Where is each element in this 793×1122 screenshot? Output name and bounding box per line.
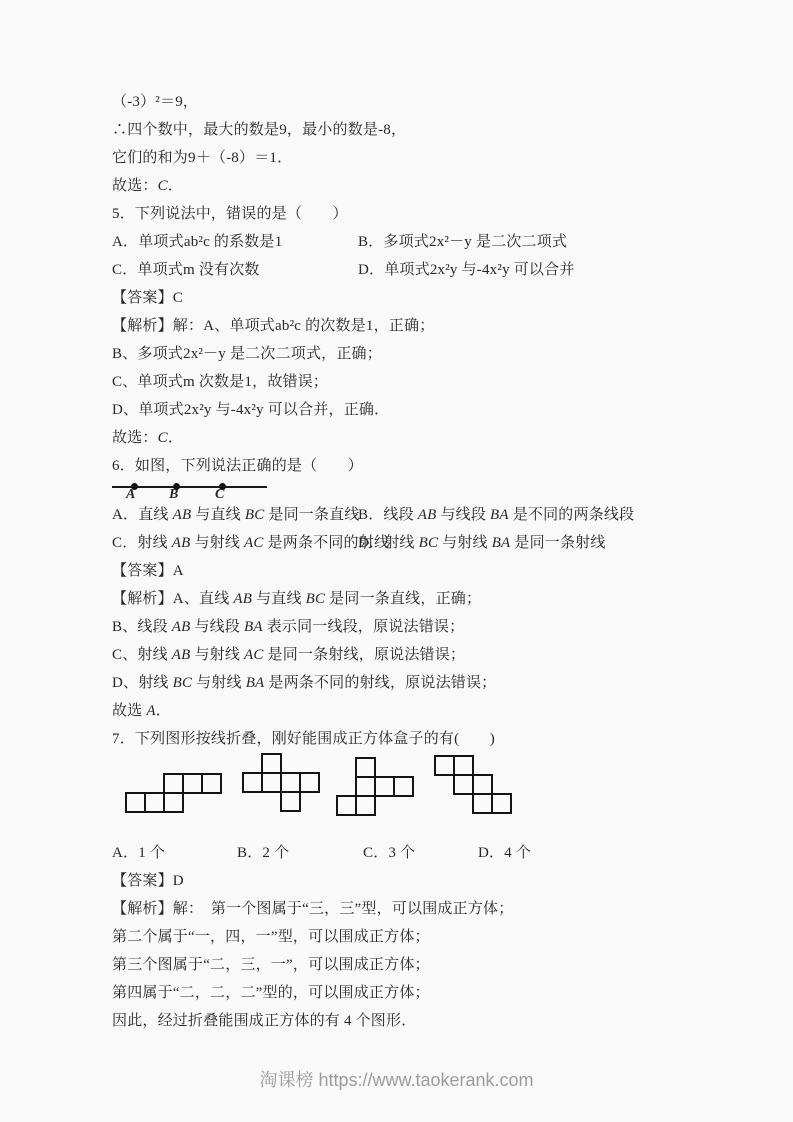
net-square [453,755,474,776]
text-run: 6．如图，下列说法正确的是（ ） [112,458,363,474]
text-run: 是同一条直线 [264,507,359,523]
text-run: D．4 个 [478,845,531,861]
text-run: 是两条不同的射线，原说法错误； [264,675,496,691]
net-square [261,753,282,774]
text-run: B．线段 [358,507,418,523]
text-run: 因此，经过折叠能围成正方体的有 4 个图形． [112,1013,416,1029]
net-square [163,792,184,813]
text-run: A．直线 [112,507,173,523]
q5-option-b: B．多项式2x²－y 是二次二项式 [358,228,567,256]
math-symbol: AB [172,619,191,635]
text-run: ∴四个数中，最大的数是9，最小的数是-8， [112,122,406,138]
text-run: B、线段 [112,619,172,635]
math-symbol: BC [306,591,326,607]
q5-answer: 【答案】C [112,284,732,312]
text-run: C．3 个 [363,845,415,861]
question-5-stem: 5．下列说法中，错误的是（ ） [112,200,732,228]
q5-option-a: A．单项式ab²c 的系数是1 [112,228,358,256]
math-symbol: AB [233,591,252,607]
text-run: 与射线 [191,535,245,551]
q6-analysis-line: B、线段 AB 与线段 BA 表示同一线段，原说法错误； [112,613,732,641]
q7-option-b: B．2 个 [237,839,363,867]
text-run: ． [156,703,171,719]
q6-option-b: B．线段 AB 与线段 BA 是不同的两条线段 [358,501,634,529]
net-square [355,776,376,797]
text-run: 7．下列图形按线折叠，刚好能围成正方体盒子的有( ) [112,731,495,747]
text-run: B．多项式2x²－y 是二次二项式 [358,234,567,250]
q4-solution-line: （-3）²＝9， [112,88,732,116]
text-run: 是同一条射线，原说法错误； [264,647,466,663]
net-square [336,795,357,816]
point-c-label: C [215,487,224,503]
text-run: C、射线 [112,647,172,663]
text-run: 【解析】解： 第一个图属于“三，三”型，可以围成正方体； [112,901,513,917]
text-run: 与射线 [438,535,492,551]
text-run: C．单项式m 没有次数 [112,262,260,278]
text-run: A．1 个 [112,845,165,861]
q4-solution-line: ∴四个数中，最大的数是9，最小的数是-8， [112,116,732,144]
math-symbol: AB [418,507,437,523]
math-symbol: BA [490,507,509,523]
text-run: C、单项式m 次数是1，故错误； [112,374,328,390]
text-run: 故选 [112,703,146,719]
text-run: 第三个图属于“二，三，一”，可以围成正方体； [112,957,430,973]
math-symbol: AC [244,535,264,551]
text-run: 故选： [112,430,158,446]
math-symbol: A [146,703,155,719]
q6-answer: 【答案】A [112,557,732,585]
text-run: 【答案】C [112,290,183,306]
text-run: 是不同的两条线段 [509,507,635,523]
text-run: 5．下列说法中，错误的是（ ） [112,206,348,222]
text-run: 与直线 [252,591,306,607]
text-run: 故选： [112,178,158,194]
q7-option-d: D．4 个 [478,839,531,867]
q7-options-row: A．1 个B．2 个C．3 个D．4 个 [112,839,732,867]
text-run: C．射线 [112,535,172,551]
q7-analysis-line: 第四属于“二，二，二”型的，可以围成正方体； [112,979,732,1007]
text-run: 与射线 [191,647,245,663]
q7-analysis-line: 第三个图属于“二，三，一”，可以围成正方体； [112,951,732,979]
math-symbol: BC [173,675,193,691]
q5-option-c: C．单项式m 没有次数 [112,256,358,284]
q5-options-row-cd: C．单项式m 没有次数D．单项式2x²y 与-4x²y 可以合并 [112,256,732,284]
q7-analysis-line: 【解析】解： 第一个图属于“三，三”型，可以围成正方体； [112,895,732,923]
net-square [163,773,184,794]
point-a-label: A [126,487,135,503]
question-7-stem: 7．下列图形按线折叠，刚好能围成正方体盒子的有( ) [112,725,732,753]
document-content: （-3）²＝9， ∴四个数中，最大的数是9，最小的数是-8， 它们的和为9＋（-… [112,88,732,1035]
q6-analysis-line: 【解析】A、直线 AB 与直线 BC 是同一条直线，正确； [112,585,732,613]
text-run: 第四属于“二，二，二”型的，可以围成正方体； [112,985,430,1001]
net-square [280,772,301,793]
net-square [355,757,376,778]
net-square [434,755,455,776]
text-run: 与射线 [192,675,246,691]
math-symbol: BC [245,507,265,523]
math-symbol: C [158,430,168,446]
text-run: 是同一条射线 [510,535,605,551]
net-square [299,772,320,793]
q7-analysis-line: 第二个属于“一，四，一”型，可以围成正方体； [112,923,732,951]
q4-solution-line: 它们的和为9＋（-8）＝1． [112,144,732,172]
point-b-label: B [169,487,178,503]
q7-option-c: C．3 个 [363,839,478,867]
q7-cube-net-figures [112,753,732,839]
net-square [182,773,203,794]
math-symbol: AB [172,647,191,663]
q6-line-figure: A B C [112,480,732,501]
math-symbol: BC [419,535,439,551]
q4-answer-choice-line: 故选：C． [112,172,732,200]
net-square [280,791,301,812]
q7-option-a: A．1 个 [112,839,237,867]
q5-analysis-line: D、单项式2x²y 与-4x²y 可以合并，正确． [112,396,732,424]
q5-analysis-line: 故选：C． [112,424,732,452]
q5-options-row-ab: A．单项式ab²c 的系数是1B．多项式2x²－y 是二次二项式 [112,228,732,256]
net-square [144,792,165,813]
net-square [453,774,474,795]
math-symbol: AC [244,647,264,663]
text-run: 与线段 [437,507,491,523]
question-6-stem: 6．如图，下列说法正确的是（ ） [112,452,732,480]
text-run: D、单项式2x²y 与-4x²y 可以合并，正确． [112,402,389,418]
text-run: 与直线 [191,507,245,523]
q5-analysis-line: 【解析】解：A、单项式ab²c 的次数是1，正确； [112,312,732,340]
q5-option-d: D．单项式2x²y 与-4x²y 可以合并 [358,256,575,284]
q6-options-row-cd: C．射线 AB 与射线 AC 是两条不同的射线D．射线 BC 与射线 BA 是同… [112,529,732,557]
text-run: 【答案】A [112,563,184,579]
text-run: B、多项式2x²－y 是二次二项式，正确； [112,346,382,362]
q7-analysis-line: 因此，经过折叠能围成正方体的有 4 个图形． [112,1007,732,1035]
math-symbol: BA [244,619,263,635]
text-run: ． [168,178,183,194]
math-symbol: AB [173,507,192,523]
net-square [355,795,376,816]
q6-analysis-line: D、射线 BC 与射线 BA 是两条不同的射线，原说法错误； [112,669,732,697]
q6-option-d: D．射线 BC 与射线 BA 是同一条射线 [358,529,606,557]
text-run: D．单项式2x²y 与-4x²y 可以合并 [358,262,575,278]
net-square [393,776,414,797]
text-run: A．单项式ab²c 的系数是1 [112,234,282,250]
q6-option-a: A．直线 AB 与直线 BC 是同一条直线 [112,501,358,529]
q6-options-row-ab: A．直线 AB 与直线 BC 是同一条直线B．线段 AB 与线段 BA 是不同的… [112,501,732,529]
net-square [242,772,263,793]
text-run: 它们的和为9＋（-8）＝1． [112,150,292,166]
site-watermark: 淘课榜 https://www.taokerank.com [0,1066,793,1092]
net-square [472,774,493,795]
math-symbol: C [158,178,168,194]
text-run: D．射线 [358,535,419,551]
q6-analysis-line: C、射线 AB 与射线 AC 是同一条射线，原说法错误； [112,641,732,669]
text-run: 【解析】A、直线 [112,591,233,607]
text-run: （-3）²＝9， [112,94,198,110]
text-run: 【答案】D [112,873,184,889]
q5-analysis-line: C、单项式m 次数是1，故错误； [112,368,732,396]
math-symbol: BA [246,675,265,691]
q7-answer: 【答案】D [112,867,732,895]
text-run: ． [168,430,183,446]
q6-analysis-line: 故选 A． [112,697,732,725]
text-run: 与线段 [191,619,245,635]
net-square [491,793,512,814]
text-run: 是同一条直线，正确； [325,591,481,607]
q6-option-c: C．射线 AB 与射线 AC 是两条不同的射线 [112,529,358,557]
net-square [472,793,493,814]
net-square [201,773,222,794]
text-run: D、射线 [112,675,173,691]
math-symbol: BA [492,535,511,551]
net-square [374,776,395,797]
text-run: B．2 个 [237,845,289,861]
text-run: 表示同一线段，原说法错误； [263,619,465,635]
math-symbol: AB [172,535,191,551]
net-square [261,772,282,793]
text-run: 【解析】解：A、单项式ab²c 的次数是1，正确； [112,318,434,334]
q5-analysis-line: B、多项式2x²－y 是二次二项式，正确； [112,340,732,368]
text-run: 第二个属于“一，四，一”型，可以围成正方体； [112,929,430,945]
net-square [125,792,146,813]
